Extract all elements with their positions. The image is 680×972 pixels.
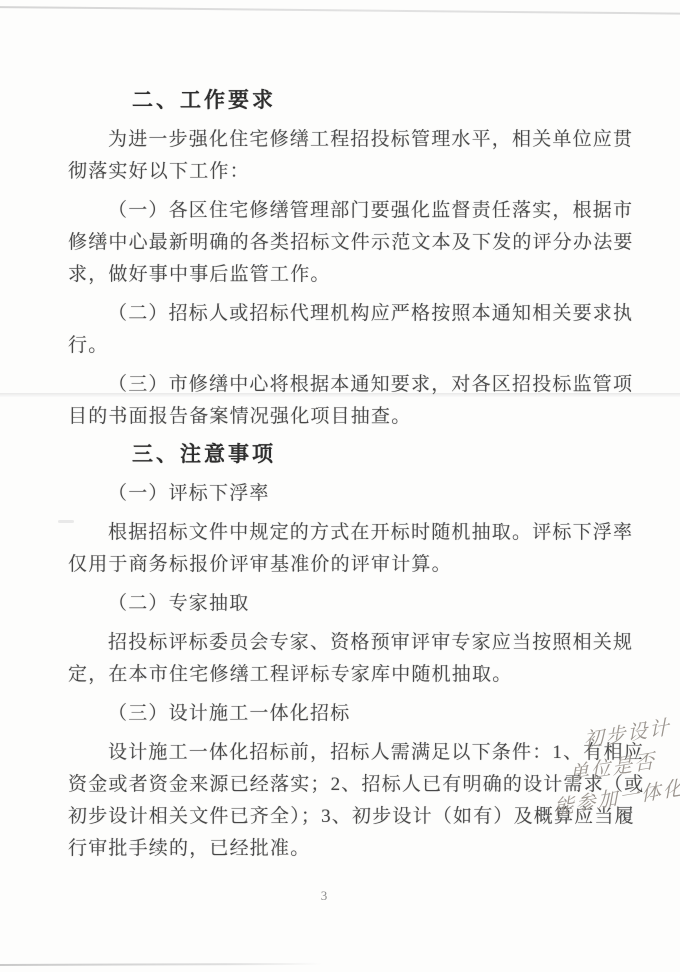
paragraph-line: 行。	[68, 330, 616, 362]
paragraph-line: 定，在本市住宅修缮工程评标专家库中随机抽取。	[68, 659, 616, 691]
section-heading: 三、注意事项	[68, 440, 616, 470]
page-number: 3	[314, 888, 334, 904]
paragraph: 招投标评标委员会专家、资格预审评审专家应当按照相关规定，在本市住宅修缮工程评标专…	[68, 627, 616, 691]
paragraph-line: 为进一步强化住宅修缮工程招投标管理水平，相关单位应贯	[68, 124, 616, 156]
scanned-document-page: 二、工作要求为进一步强化住宅修缮工程招投标管理水平，相关单位应贯彻落实好以下工作…	[0, 0, 680, 972]
paragraph: （二）专家抽取	[68, 588, 616, 620]
paragraph-line: 目的书面报告备案情况强化项目抽查。	[68, 401, 616, 433]
paragraph-line: 行审批手续的，已经批准。	[68, 833, 616, 865]
paragraph-line: 设计施工一体化招标前，招标人需满足以下条件：1、有相应	[68, 737, 616, 769]
paragraph-line: 求，做好事中事后监管工作。	[68, 259, 616, 291]
paragraph-line: 仅用于商务标报价评审基准价的评审计算。	[68, 549, 616, 581]
paragraph: （一）各区住宅修缮管理部门要强化监督责任落实，根据市修缮中心最新明确的各类招标文…	[68, 195, 616, 291]
paragraph-line: （二）专家抽取	[68, 588, 616, 620]
paragraph-line: （一）各区住宅修缮管理部门要强化监督责任落实，根据市	[68, 195, 616, 227]
section-heading: 二、工作要求	[68, 86, 616, 116]
paragraph-line: （三）市修缮中心将根据本通知要求，对各区招投标监管项	[68, 369, 616, 401]
paragraph: （一）评标下浮率	[68, 478, 616, 510]
paragraph-line: 初步设计相关文件已齐全）；3、初步设计（如有）及概算应当履	[68, 801, 616, 833]
paragraph: （三）市修缮中心将根据本通知要求，对各区招投标监管项目的书面报告备案情况强化项目…	[68, 369, 616, 433]
scan-artifact-top-line	[0, 6, 680, 15]
paragraph-line: 招投标评标委员会专家、资格预审评审专家应当按照相关规	[68, 627, 616, 659]
paragraph-line: （一）评标下浮率	[68, 478, 616, 510]
paragraph-line: 根据招标文件中规定的方式在开标时随机抽取。评标下浮率	[68, 517, 616, 549]
paragraph-line: 资金或者资金来源已经落实；2、招标人已有明确的设计需求（或	[68, 769, 616, 801]
paragraph-line: 修缮中心最新明确的各类招标文件示范文本及下发的评分办法要	[68, 227, 616, 259]
paragraph: 设计施工一体化招标前，招标人需满足以下条件：1、有相应资金或者资金来源已经落实；…	[68, 737, 616, 865]
paragraph-line: （二）招标人或招标代理机构应严格按照本通知相关要求执	[68, 298, 616, 330]
scan-artifact-bottom-line	[0, 963, 322, 966]
document-body: 二、工作要求为进一步强化住宅修缮工程招投标管理水平，相关单位应贯彻落实好以下工作…	[68, 84, 616, 872]
paragraph-line: （三）设计施工一体化招标	[68, 698, 616, 730]
paragraph: （三）设计施工一体化招标	[68, 698, 616, 730]
paragraph: （二）招标人或招标代理机构应严格按照本通知相关要求执行。	[68, 298, 616, 362]
paragraph: 根据招标文件中规定的方式在开标时随机抽取。评标下浮率仅用于商务标报价评审基准价的…	[68, 517, 616, 581]
paragraph: 为进一步强化住宅修缮工程招投标管理水平，相关单位应贯彻落实好以下工作：	[68, 124, 616, 188]
paragraph-line: 彻落实好以下工作：	[68, 156, 616, 188]
